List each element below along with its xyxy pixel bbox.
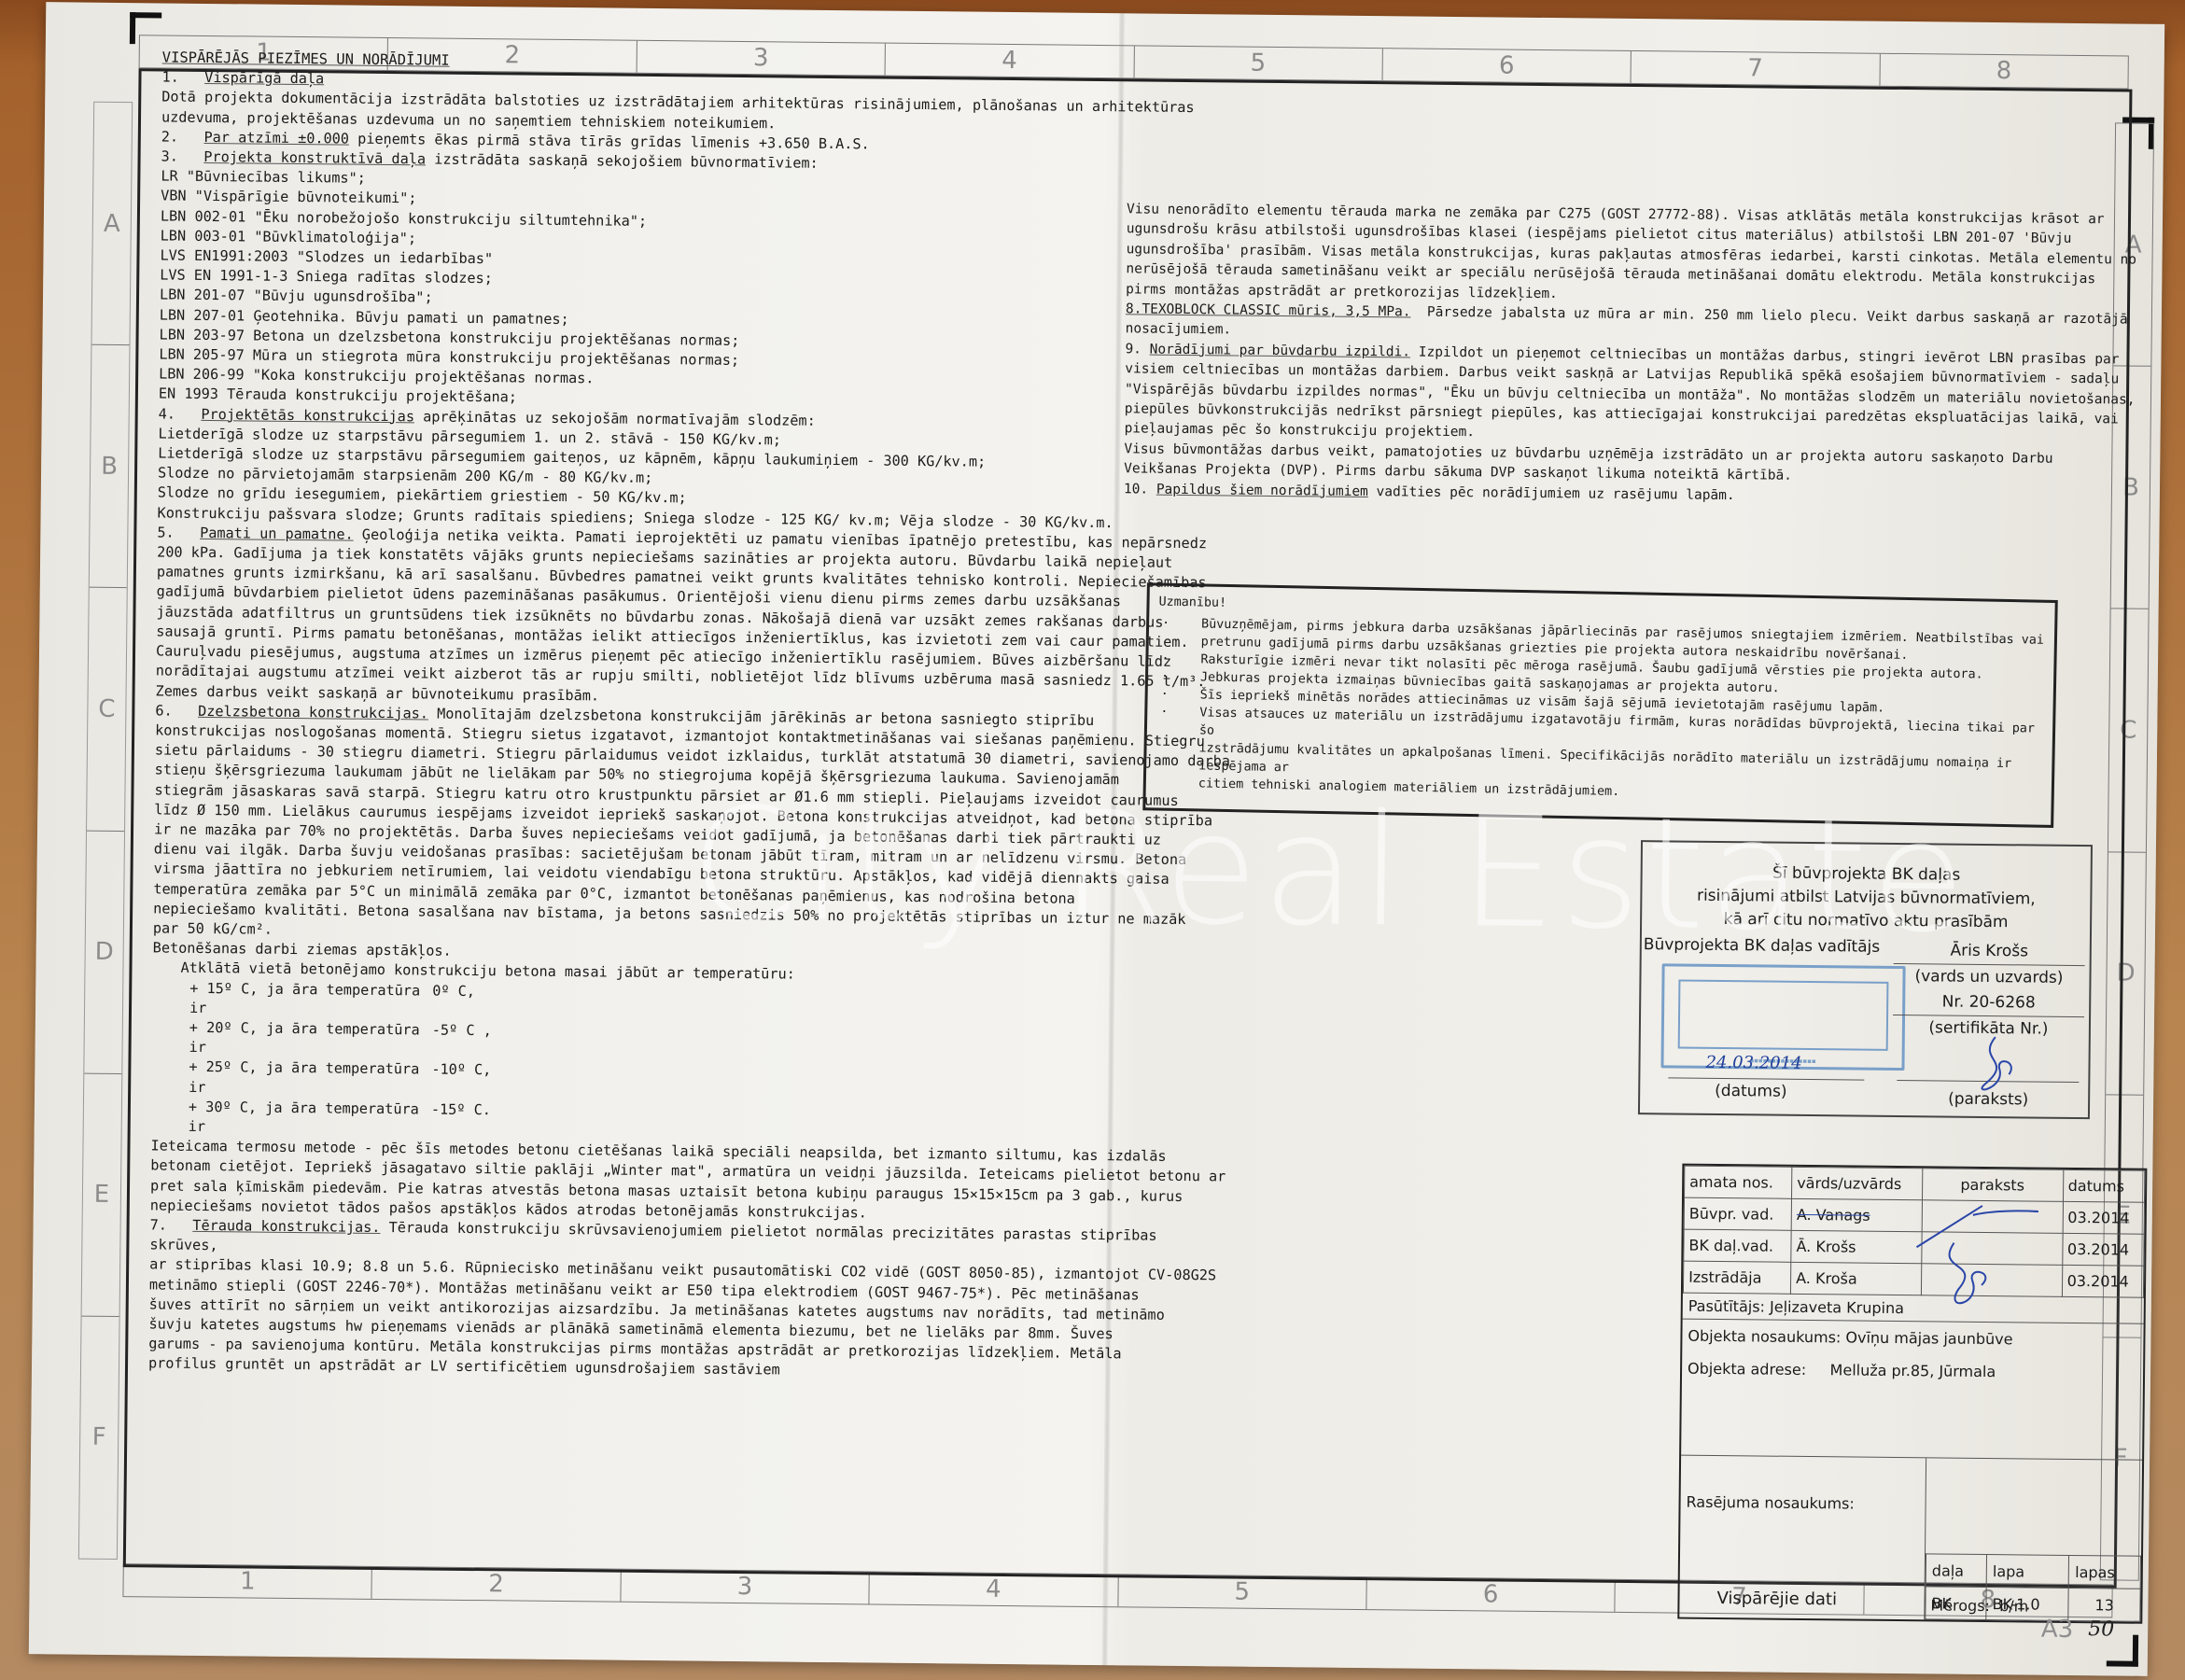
role-cell: Izstrādāja (1683, 1261, 1790, 1294)
certification-right: Āris Krošs (vards un uzvards) Nr. 20-626… (1893, 938, 2085, 1043)
signature-icon (1907, 1196, 2038, 1318)
winter-text: Ieteicama termosu metode - pēc šīs metod… (150, 1137, 1122, 1226)
role-cell: BK daļ.vad. (1684, 1229, 1791, 1262)
warning-items: Būvuzņēmējam, pirms jebkura darba uzsākš… (1156, 615, 2045, 809)
certification-box: Šī būvprojekta BK daļas risinājumi atbil… (1638, 840, 2093, 1119)
date-line (1668, 1077, 1864, 1080)
section-6-text: konstrukcijas noslogošanas momentā. Stie… (153, 721, 1126, 948)
row-marker: D (84, 831, 124, 1074)
scale-label: Mērogs: (1930, 1596, 1990, 1615)
section-number: 1. (161, 69, 178, 86)
mass-temperature: + 30º C, ja āra temperatūra ir (189, 1098, 431, 1140)
norms-list: LR "Būvniecības likums";VBN "Vispārīgie … (159, 167, 1132, 414)
column-marker: 4 (870, 1572, 1119, 1606)
section-7-text: skrūves,ar stiprības klasi 10.9; 8.8 un … (148, 1236, 1120, 1384)
section-title: Projektētās konstrukcijas (201, 406, 414, 425)
winter-temperature-list: + 15º C, ja āra temperatūra ir0º C,+ 20º… (151, 978, 1124, 1147)
certification-statement: Šī būvprojekta BK daļas risinājumi atbil… (1642, 861, 2091, 935)
title-block: amata nos. vārds/uzvārds paraksts datums… (1677, 1164, 2147, 1624)
row-marker: E (82, 1073, 122, 1317)
section-title: Projekta konstruktīvā daļa (203, 148, 426, 167)
scale-value: b/m (1999, 1597, 2028, 1615)
drawing-name-label: Rasējuma nosaukums: (1686, 1493, 1854, 1513)
section-title: Norādījumi par būvdarbu izpildi. (1150, 342, 1411, 359)
statement-line: kā arī citu normatīvo aktu prasībām (1642, 907, 2090, 935)
section-number: 2. (161, 128, 178, 145)
column-marker: 6 (1382, 49, 1632, 83)
mass-temperature: + 20º C, ja āra temperatūra ir (189, 1018, 431, 1060)
object-row: Objekta nosaukums: Ovīņu mājas jaunbūve (1682, 1320, 2143, 1357)
drawing-sheet: 1 2 3 4 5 6 7 8 1 2 3 4 5 6 7 8 A B C D … (29, 2, 2164, 1676)
row-marker: C (87, 588, 127, 832)
column-marker: 3 (621, 1570, 870, 1604)
section-title: Vispārīgā daļa (204, 69, 324, 87)
name-cell: Ā. Krošs (1791, 1230, 1922, 1263)
column-marker: 6 (1366, 1577, 1616, 1612)
mass-temperature: + 15º C, ja āra temperatūra ir (189, 978, 432, 1020)
row-marker: A (91, 103, 132, 346)
row-marker: B (90, 345, 130, 589)
section-title: Tērauda konstrukcijas. (192, 1217, 380, 1236)
column-marker: 7 (1632, 51, 1881, 86)
role-cell: Būvpr. vad. (1684, 1197, 1791, 1230)
handwritten-date: 24.03.2014 (1705, 1053, 1801, 1073)
outside-temperature: -15º C. (431, 1099, 506, 1140)
section-number: 3. (161, 147, 178, 164)
section-number: 7. (150, 1216, 167, 1233)
address-label: Objekta adrese: (1688, 1360, 1806, 1379)
name-label: (vards un uzvards) (1893, 964, 2084, 991)
object-name: Ovīņu mājas jaunbūve (1845, 1328, 2012, 1348)
drawing-name: Vispārējie dati (1716, 1589, 1837, 1609)
outside-temperature: -5º C , (431, 1021, 506, 1061)
sheet-count: 13 (2068, 1588, 2140, 1621)
section-number: 5. (157, 524, 174, 540)
section-title: Papildus šiem norādījumiem (1156, 482, 1368, 498)
column-marker: 8 (1880, 54, 2128, 89)
row-marker: F (79, 1317, 119, 1560)
name-cell: A. Kroša (1791, 1262, 1922, 1295)
address-row: Objekta adrese: Melluža pr.85, Jūrmala (1682, 1352, 2143, 1390)
column-marker: 5 (1134, 46, 1383, 80)
meta-header: lapa (1986, 1555, 2069, 1589)
certification-left: Būvprojekta BK daļas vadītājs (1642, 935, 1894, 957)
column-marker: 5 (1118, 1575, 1367, 1609)
section-5-text: 200 kPa. Gadījuma ja tiek konstatēts vāj… (155, 543, 1128, 712)
date-cell: 03.2014 (2063, 1201, 2145, 1234)
meta-header-row: daļa lapa lapas (1926, 1554, 2140, 1589)
signature-icon (1967, 1032, 2024, 1099)
client-label: Pasūtītājs: (1688, 1297, 1765, 1316)
date-label: (datums) (1715, 1082, 1787, 1101)
notes-continued: Visu nenorādīto elementu tērauda marka n… (1124, 200, 2125, 510)
section-text: aprēķinātas uz sekojošām normatīvajām sl… (423, 408, 816, 428)
section-title: Par atzīmi ±0.000 (203, 129, 349, 147)
mass-temperature: + 25º C, ja āra temperatūra ir (189, 1057, 431, 1099)
warning-box: Uzmanību! Būvuzņēmējam, pirms jebkura da… (1142, 582, 2058, 828)
loads-list: Lietderīgā slodze uz starpstāvu pārsegum… (157, 424, 1128, 533)
column-header: vārds/uzvārds (1792, 1167, 1923, 1199)
meta-header: daļa (1926, 1554, 1986, 1588)
scale: Mērogs: b/m (1930, 1596, 2028, 1615)
section-title: 8.TEXOBLOCK CLASSIC mūris, 3,5 MPa. (1126, 301, 1411, 319)
section-number: 9. (1125, 342, 1142, 357)
date-cell: 03.2014 (2062, 1265, 2144, 1297)
column-header: amata nos. (1685, 1166, 1792, 1198)
section-text: izstrādāta saskaņā sekojošiem būvnormatī… (434, 151, 819, 172)
engineer-name: Āris Krošs (1894, 938, 2085, 966)
drawing-name-area: Rasējuma nosaukums: Vispārējie dati (1679, 1456, 1926, 1620)
column-marker: 2 (372, 1567, 622, 1602)
address-value: Melluža pr.85, Jūrmala (1830, 1361, 1996, 1380)
section-number: 4. (159, 405, 175, 422)
sheet-mark: 50 (2088, 1617, 2114, 1641)
meta-header: lapas (2069, 1555, 2141, 1589)
outside-temperature: 0º C, (432, 981, 507, 1021)
date-cell: 03.2014 (2062, 1233, 2144, 1266)
steel-text: Visu nenorādīto elementu tērauda marka n… (1126, 200, 2125, 310)
general-notes: VISPĀRĒJĀS PIEZĪMES UN NORĀDĪJUMI 1. Vis… (148, 48, 1133, 1383)
sheet-meta: daļa lapa lapas BK BK-1.0 13 Mērogs: b/m (1925, 1458, 2142, 1621)
title-block-bottom: Rasējuma nosaukums: Vispārējie dati daļa… (1679, 1455, 2142, 1622)
sheet-size: A3 (2041, 1616, 2074, 1644)
outside-temperature: -10º C, (431, 1060, 506, 1100)
statement-line: risinājumi atbilst Latvijas būvnormatīvi… (1642, 884, 2090, 912)
section-number: 10. (1124, 482, 1148, 497)
name-cell: A. Vanags (1791, 1198, 1922, 1231)
section-number: 6. (155, 702, 172, 719)
object-label: Objekta nosaukums: (1688, 1327, 1841, 1347)
head-label: Būvprojekta BK daļas vadītājs (1642, 935, 1894, 957)
column-marker: 1 (123, 1564, 372, 1599)
struck-name: A. Vanags (1797, 1206, 1870, 1225)
section-9-text: visiem celtniecības un montāžas darbiem.… (1124, 360, 2123, 491)
client-name: Jeļizaveta Krupina (1770, 1298, 1904, 1318)
section-title: Dzelzsbetona konstrukcijas. (198, 703, 428, 722)
section-title: Pamati un pamatne. (200, 525, 354, 543)
column-header: datums (2063, 1169, 2145, 1202)
section-text: vadīties pēc norādījumiem uz rasējumu la… (1376, 484, 1734, 503)
certificate-number: Nr. 20-6268 (1893, 989, 2084, 1017)
stamp-inner (1678, 980, 1889, 1051)
